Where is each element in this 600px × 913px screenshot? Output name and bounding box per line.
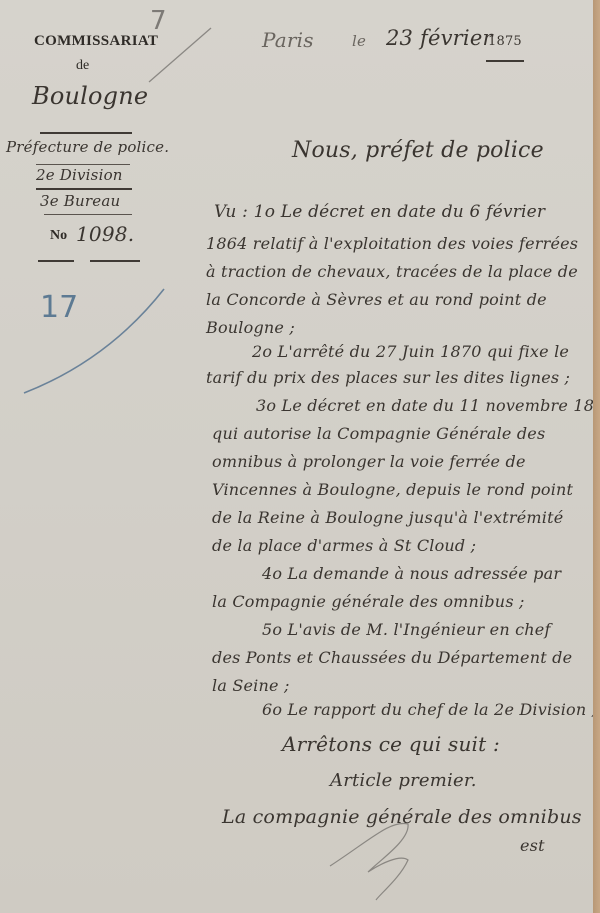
pencil-slash-icon xyxy=(145,20,215,90)
body-line: de la place d'armes à St Cloud ; xyxy=(212,536,476,555)
divider xyxy=(90,260,140,262)
blue-pencil-stroke-icon xyxy=(20,285,170,405)
article-heading: Article premier. xyxy=(330,770,477,791)
body-line: 2o L'arrêté du 27 Juin 1870 qui fixe le xyxy=(252,342,569,361)
body-line: la Concorde à Sèvres et au rond point de xyxy=(206,290,547,309)
body-line: Boulogne ; xyxy=(206,318,295,337)
body-line: de la Reine à Boulogne jusqu'à l'extrémi… xyxy=(212,508,563,527)
body-line: omnibus à prolonger la voie ferrée de xyxy=(212,452,526,471)
body-line: 6o Le rapport du chef de la 2e Division … xyxy=(262,700,597,719)
number-label: No xyxy=(50,228,67,244)
desk-edge xyxy=(593,0,600,913)
body-line: la Compagnie générale des omnibus ; xyxy=(212,592,525,611)
body-line: la Seine ; xyxy=(212,676,290,695)
divider xyxy=(40,132,132,134)
prefecture-label: Préfecture de police. xyxy=(6,138,169,156)
divider xyxy=(36,164,130,165)
commissariat-de: de xyxy=(76,58,89,74)
commissariat-title: COMMISSARIAT xyxy=(34,33,158,50)
catchword: est xyxy=(520,836,545,855)
dateline-city: Paris xyxy=(262,28,314,52)
commissariat-place: Boulogne xyxy=(32,82,148,110)
divider xyxy=(36,188,132,190)
arretons-line: Arrêtons ce qui suit : xyxy=(282,732,500,756)
document-page: COMMISSARIAT de Boulogne Préfecture de p… xyxy=(0,0,593,913)
body-line: des Ponts et Chaussées du Département de xyxy=(212,648,572,667)
document-heading: Nous, préfet de police xyxy=(292,138,544,163)
body-line: 5o L'avis de M. l'Ingénieur en chef xyxy=(262,620,551,639)
body-line: 1864 relatif à l'exploitation des voies … xyxy=(206,234,578,253)
body-line: 3o Le décret en date du 11 novembre 1874 xyxy=(256,396,600,415)
body-line: Vu : 1o Le décret en date du 6 février xyxy=(214,202,545,222)
year-underline xyxy=(486,60,524,62)
divider xyxy=(44,214,132,215)
body-line: à traction de chevaux, tracées de la pla… xyxy=(206,262,578,281)
dateline-year: 1875 xyxy=(488,34,522,49)
pencil-scribble-icon xyxy=(320,800,440,913)
dateline-date: 23 février xyxy=(386,26,493,50)
number-value: 1098. xyxy=(76,222,134,246)
body-line: Vincennes à Boulogne, depuis le rond poi… xyxy=(212,480,573,499)
divider xyxy=(38,260,74,262)
dateline-le: le xyxy=(352,32,366,50)
bureau-label: 3e Bureau xyxy=(40,192,120,210)
body-line: 4o La demande à nous adressée par xyxy=(262,564,561,583)
body-line: tarif du prix des places sur les dites l… xyxy=(206,368,570,387)
body-line: qui autorise la Compagnie Générale des xyxy=(212,424,545,443)
division-label: 2e Division xyxy=(36,166,123,184)
